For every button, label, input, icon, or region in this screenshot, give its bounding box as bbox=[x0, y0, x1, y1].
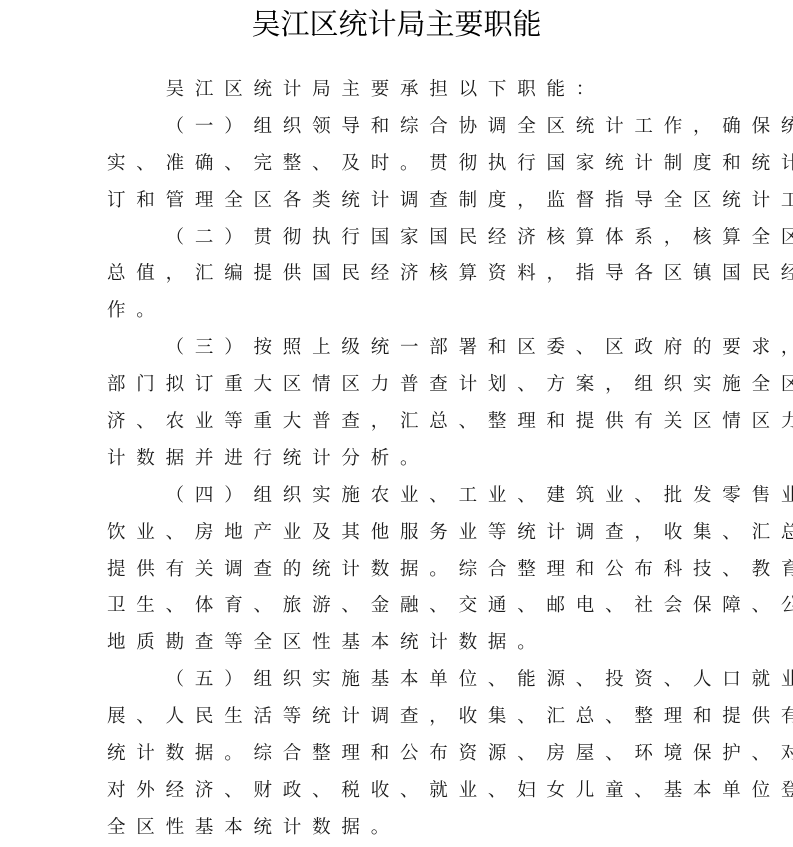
document-body: 吴江区统计局主要承担以下职能： （一）组织领导和综合协调全区统计工作，确保统计数… bbox=[107, 72, 697, 847]
paragraph-line: 总值，汇编提供国民经济核算资料，指导各区镇国民经济核算工 bbox=[107, 256, 697, 293]
section-3: （三）按照上级统一部署和区委、区政府的要求，会同有关 部门拟订重大区情区力普查计… bbox=[107, 330, 697, 478]
paragraph-line: （三）按照上级统一部署和区委、区政府的要求，会同有关 bbox=[107, 330, 697, 367]
paragraph-line: 展、人民生活等统计调查，收集、汇总、整理和提供有关调查的 bbox=[107, 699, 697, 736]
paragraph-line: （五）组织实施基本单位、能源、投资、人口就业、社会发 bbox=[107, 662, 697, 699]
section-2: （二）贯彻执行国家国民经济核算体系，核算全区地区生产 总值，汇编提供国民经济核算… bbox=[107, 220, 697, 331]
paragraph-line: 济、农业等重大普查，汇总、整理和提供有关区情区力方面的统 bbox=[107, 404, 697, 441]
section-1: （一）组织领导和综合协调全区统计工作，确保统计数据真 实、准确、完整、及时。贯彻… bbox=[107, 109, 697, 220]
paragraph-line: 饮业、房地产业及其他服务业等统计调查，收集、汇总、整理和 bbox=[107, 515, 697, 552]
paragraph-line: 实、准确、完整、及时。贯彻执行国家统计制度和统计标准，拟 bbox=[107, 146, 697, 183]
section-4: （四）组织实施农业、工业、建筑业、批发零售业、住宿餐 饮业、房地产业及其他服务业… bbox=[107, 478, 697, 662]
paragraph-line: （二）贯彻执行国家国民经济核算体系，核算全区地区生产 bbox=[107, 220, 697, 257]
document-page: 吴江区统计局主要职能 吴江区统计局主要承担以下职能： （一）组织领导和综合协调全… bbox=[0, 0, 793, 847]
paragraph-line: 卫生、体育、旅游、金融、交通、邮电、社会保障、公用事业、 bbox=[107, 588, 697, 625]
paragraph-line: 提供有关调查的统计数据。综合整理和公布科技、教育、文化、 bbox=[107, 552, 697, 589]
paragraph-line: 部门拟订重大区情区力普查计划、方案，组织实施全区人口、经 bbox=[107, 367, 697, 404]
paragraph-line: 计数据并进行统计分析。 bbox=[107, 441, 697, 478]
section-5: （五）组织实施基本单位、能源、投资、人口就业、社会发 展、人民生活等统计调查，收… bbox=[107, 662, 697, 846]
document-title: 吴江区统计局主要职能 bbox=[0, 2, 793, 46]
intro-paragraph: 吴江区统计局主要承担以下职能： bbox=[107, 72, 697, 109]
paragraph-line: 订和管理全区各类统计调查制度，监督指导全区统计工作。 bbox=[107, 183, 697, 220]
paragraph-line: 全区性基本统计数据。 bbox=[107, 810, 697, 847]
paragraph-line: （一）组织领导和综合协调全区统计工作，确保统计数据真 bbox=[107, 109, 697, 146]
paragraph-line: 作。 bbox=[107, 293, 697, 330]
paragraph-line: 地质勘查等全区性基本统计数据。 bbox=[107, 625, 697, 662]
paragraph-line: 统计数据。综合整理和公布资源、房屋、环境保护、对外贸易、 bbox=[107, 736, 697, 773]
paragraph-line: （四）组织实施农业、工业、建筑业、批发零售业、住宿餐 bbox=[107, 478, 697, 515]
paragraph-line: 对外经济、财政、税收、就业、妇女儿童、基本单位登记注册等 bbox=[107, 773, 697, 810]
